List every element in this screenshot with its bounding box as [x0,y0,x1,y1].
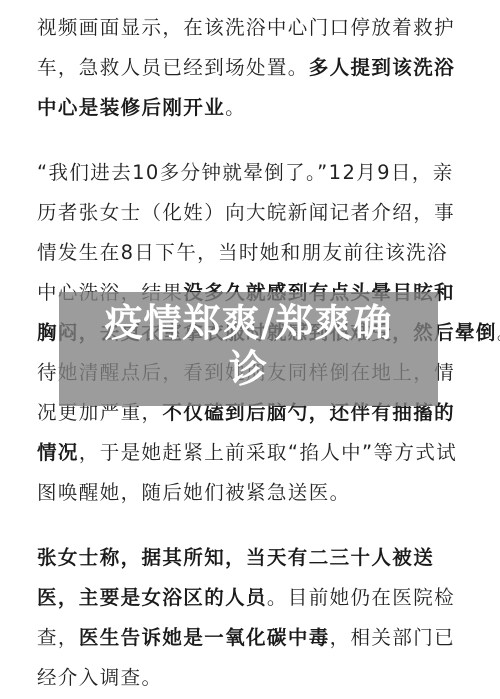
text-segment: 车，急救人员已经到场处置。 [37,56,309,79]
text-line: 视频画面显示，在该洗浴中心门口停放着救护 [37,8,465,48]
text-segment: 查， [37,626,79,649]
text-segment: 经介入调查。 [37,666,162,689]
bold-text-segment: 张女士称，据其所知，当天有二三十人被送 [37,546,434,569]
text-segment: ，于是她赶紧上前采取“掐人中”等方式试 [79,441,457,464]
text-segment: “我们进去10多分钟就晕倒了。”12月9日，亲 [37,161,454,184]
bold-text-segment: 医生告诉她是一氧化碳中毒 [79,626,330,649]
text-line: 医，主要是女浴区的人员。目前她仍在医院检 [37,578,465,618]
bold-text-segment: 中心是装修后刚开业 [37,96,225,119]
text-line: 情发生在8日下午，当时她和朋友前往该洗浴 [37,233,465,273]
text-segment: 。目前她仍在医院检 [267,586,455,609]
text-segment: 情发生在8日下午，当时她和朋友前往该洗浴 [37,241,448,264]
text-line: 张女士称，据其所知，当天有二三十人被送 [37,538,465,578]
text-line: 查，医生告诉她是一氧化碳中毒，相关部门已 [37,618,465,658]
text-line: “我们进去10多分钟就晕倒了。”12月9日，亲 [37,153,465,193]
bold-text-segment: 后晕倒 [434,321,497,344]
overlay-headline-title: 疫情郑爽/郑爽确诊 [89,300,409,392]
paragraph-video-scene: 视频画面显示，在该洗浴中心门口停放着救护车，急救人员已经到场处置。多人提到该洗浴… [37,8,465,128]
text-segment: ，相关部门已 [330,626,455,649]
bold-text-segment: 医，主要是女浴区的人员 [37,586,267,609]
text-line: 车，急救人员已经到场处置。多人提到该洗浴 [37,48,465,88]
text-segment: 。 [225,96,246,119]
paragraph-hospital-status: 张女士称，据其所知，当天有二三十人被送医，主要是女浴区的人员。目前她仍在医院检查… [37,538,465,698]
text-line: 历者张女士（化姓）向大皖新闻记者介绍，事 [37,193,465,233]
text-line: 图唤醒她，随后她们被紧急送医。 [37,473,465,513]
text-line: 情况，于是她赶紧上前采取“掐人中”等方式试 [37,433,465,473]
text-segment: 视频画面显示，在该洗浴中心门口停放着救护 [37,16,455,39]
bold-text-segment: 情况 [37,441,79,464]
text-line: 中心是装修后刚开业。 [37,88,465,128]
text-segment: 图唤醒她，随后她们被紧急送医。 [37,481,351,504]
text-segment: 历者张女士（化姓）向大皖新闻记者介绍，事 [37,201,455,224]
bold-text-segment: 多人提到该洗浴 [309,56,455,79]
text-line: 经介入调查。 [37,658,465,698]
headline-overlay-banner: 疫情郑爽/郑爽确诊 [59,292,438,406]
